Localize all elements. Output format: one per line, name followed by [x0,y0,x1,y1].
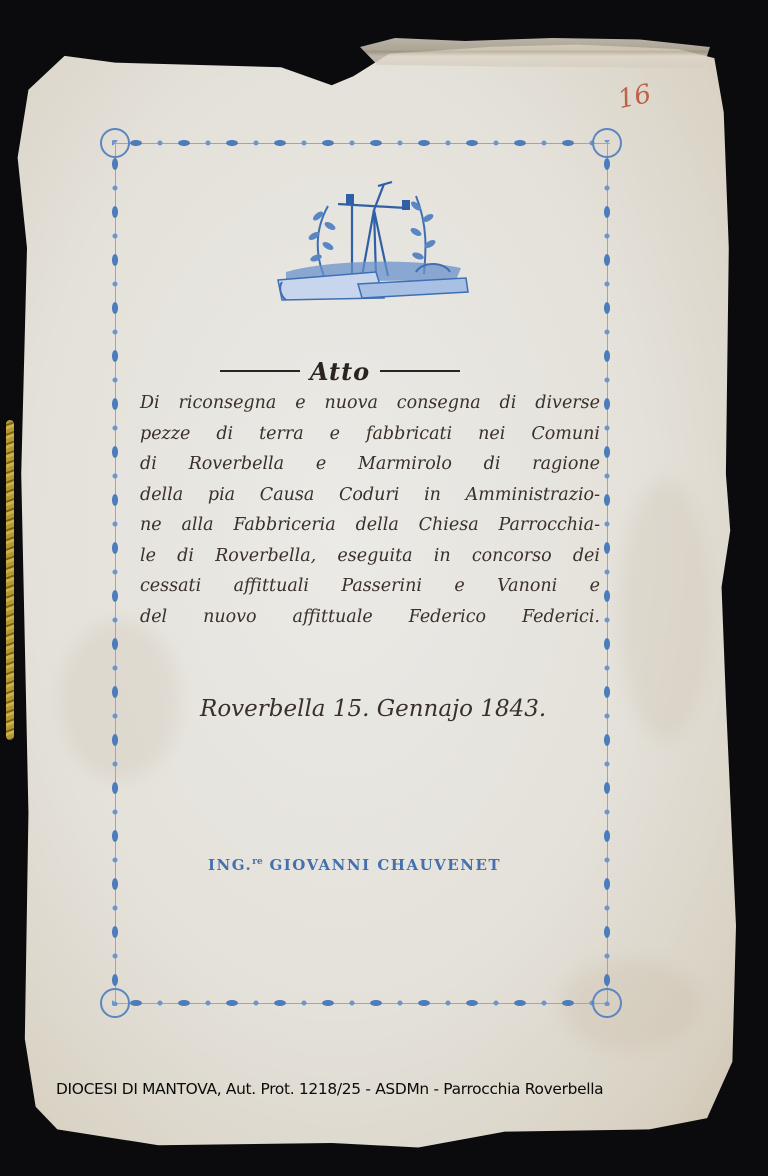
frame-corner-ornament [100,128,130,158]
title-rule-right [380,370,460,372]
body-line: cessati affittuali Passerini e Vanoni e [140,571,600,602]
engineer-name: GIOVANNI CHAUVENET [269,856,501,874]
engineer-signature: ING.re GIOVANNI CHAUVENET [208,856,548,874]
binding-cord [6,420,14,740]
place-date: Roverbella 15. Gennajo 1843. [200,696,550,722]
frame-corner-ornament [100,988,130,1018]
surveying-instruments-icon [266,176,476,304]
folded-torn-edge [360,38,710,68]
paper-stain [620,480,710,740]
frame-corner-ornament [592,128,622,158]
body-line: della pia Causa Coduri in Amministrazio- [140,480,600,511]
archive-caption: DIOCESI DI MANTOVA, Aut. Prot. 1218/25 -… [56,1080,696,1098]
title-text: Atto [310,357,370,386]
engineer-prefix: ING. [208,856,252,874]
frame-top-border [112,132,610,154]
title-rule-left [220,370,300,372]
frame-bottom-border [112,992,610,1014]
body-line: le di Roverbella, eseguita in concorso d… [140,541,600,572]
document-title: Atto [220,356,460,386]
frame-corner-ornament [592,988,622,1018]
body-line: pezze di terra e fabbricati nei Comuni [140,419,600,450]
body-line: del nuovo affittuale Federico Federici. [140,602,600,633]
document-body: Di riconsegna e nuova consegna di divers… [140,388,600,632]
body-line: di Roverbella e Marmirolo di ragione [140,449,600,480]
body-line: Di riconsegna e nuova consegna di divers… [140,388,600,419]
engineer-prefix-sup: re [252,857,262,867]
frame-left-border [104,140,126,1006]
body-line: ne alla Fabbriceria della Chiesa Parrocc… [140,510,600,541]
